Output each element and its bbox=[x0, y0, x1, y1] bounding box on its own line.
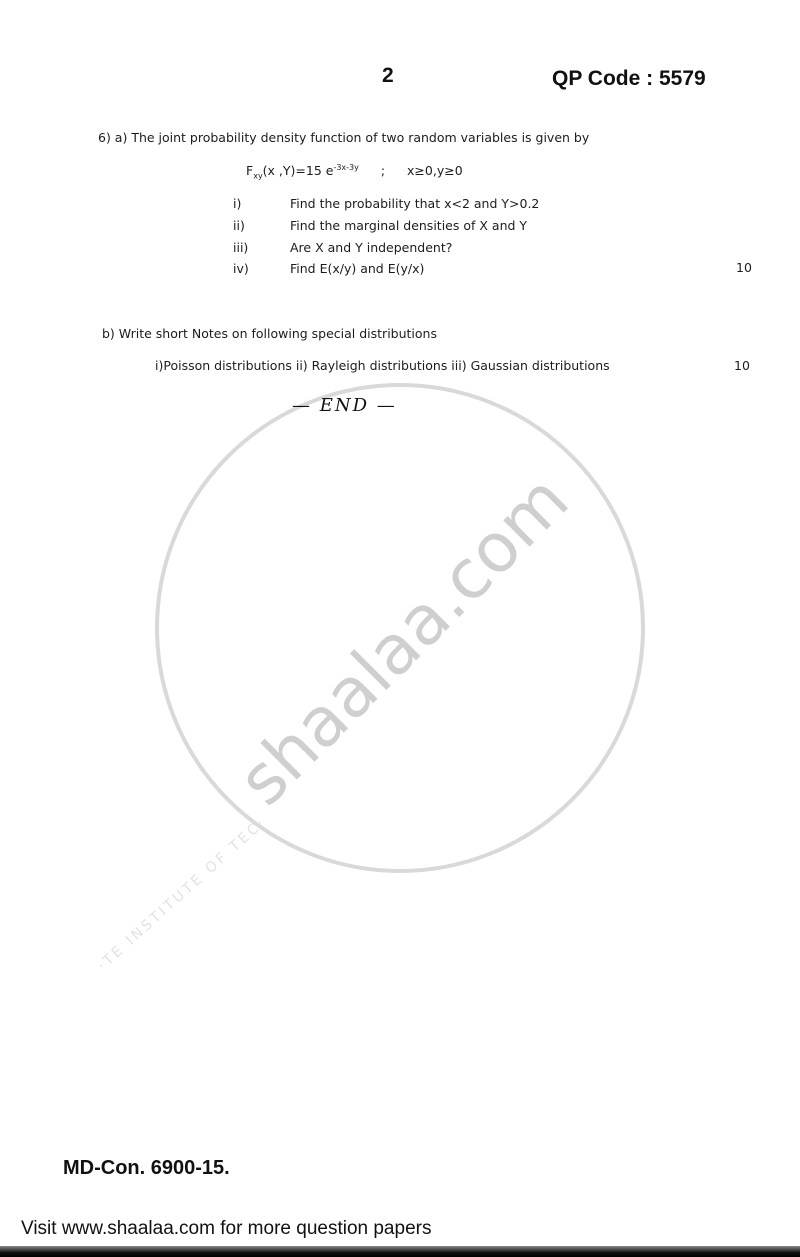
item-text: Find E(x/y) and E(y/x) bbox=[290, 261, 424, 276]
visit-shaalaa-text: Visit www.shaalaa.com for more question … bbox=[21, 1218, 431, 1240]
question-6a-intro: 6) a) The joint probability density func… bbox=[98, 130, 589, 145]
faint-stamp: ·TE INSTITUTE OF TEC· bbox=[95, 814, 270, 974]
qp-code: QP Code : 5579 bbox=[552, 67, 706, 91]
scan-edge-bar bbox=[0, 1246, 800, 1257]
item-number: iv) bbox=[233, 261, 249, 276]
item-number: ii) bbox=[233, 218, 245, 233]
item-number: i) bbox=[233, 196, 241, 211]
question-6a-marks: 10 bbox=[736, 260, 752, 275]
formula-separator: ; bbox=[381, 163, 385, 178]
item-text: Find the probability that x<2 and Y>0.2 bbox=[290, 196, 539, 211]
item-text: Find the marginal densities of X and Y bbox=[290, 218, 527, 233]
question-6b-marks: 10 bbox=[734, 358, 750, 373]
end-mark: — END — bbox=[292, 395, 397, 416]
item-text: Are X and Y independent? bbox=[290, 240, 452, 255]
question-6b-items: i)Poisson distributions ii) Rayleigh dis… bbox=[155, 358, 610, 373]
question-6b-intro: b) Write short Notes on following specia… bbox=[102, 326, 437, 341]
formula-condition: x≥0,y≥0 bbox=[407, 163, 463, 178]
formula-lhs-args: (x ,Y)=15 e bbox=[263, 163, 334, 178]
joint-pdf-formula: Fxy(x ,Y)=15 e-3x-3y ; x≥0,y≥0 bbox=[246, 163, 463, 181]
paper-code: MD-Con. 6900-15. bbox=[63, 1157, 230, 1180]
page-number: 2 bbox=[382, 64, 394, 88]
formula-exponent: -3x-3y bbox=[333, 163, 358, 172]
item-number: iii) bbox=[233, 240, 248, 255]
formula-lhs-sub: xy bbox=[253, 172, 262, 181]
